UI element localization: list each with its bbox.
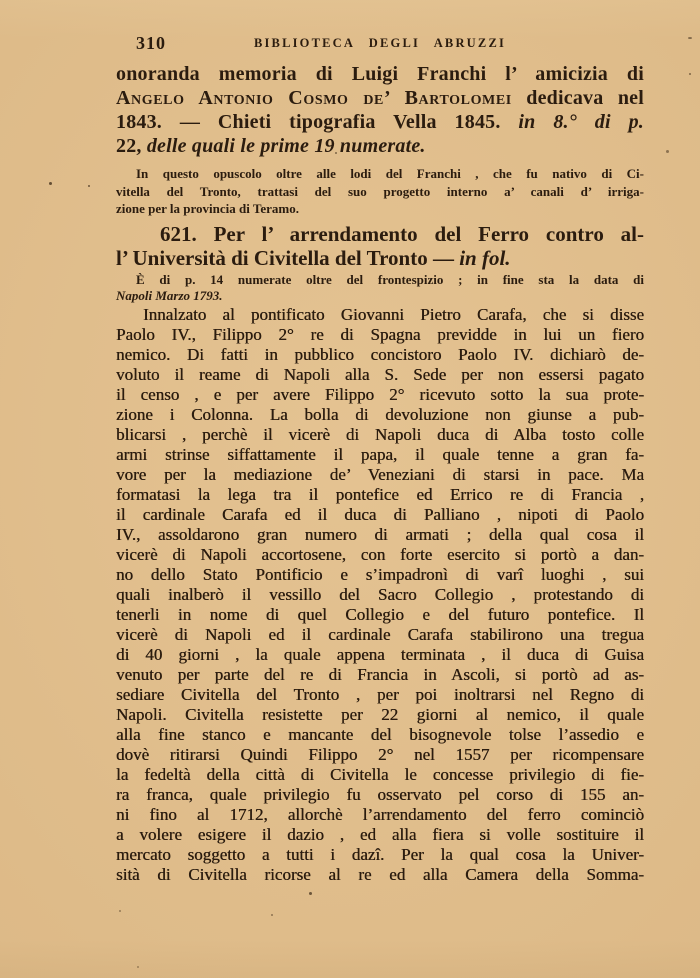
text-column: onoranda memoria di Luigi Franchi l’ ami… — [116, 62, 644, 885]
text-line: voluto il reame di Napoli alla S. Sede p… — [116, 365, 644, 385]
text-line: a volere esigere il dazio , ed alla fier… — [116, 825, 644, 845]
text-line: Napoli. Civitella resistette per 22 gior… — [116, 705, 644, 725]
text-line: l’ Università di Civitella del Tronto — … — [116, 246, 644, 270]
text-line: la fedeltà della città di Civitella le c… — [116, 765, 644, 785]
text-line: blicarsi , perchè il vicerè di Napoli du… — [116, 425, 644, 445]
ink-speck — [666, 150, 669, 153]
text-line: di 40 giorni , la quale appena terminata… — [116, 645, 644, 665]
entry-620-note: In questo opuscolo oltre alle lodi del F… — [116, 165, 644, 218]
text-line: vicerè di Napoli accortosene, con forte … — [116, 545, 644, 565]
text-line: Angelo Antonio Cosmo de’ Bartolomei dedi… — [116, 86, 644, 110]
ink-speck — [271, 914, 273, 916]
text-line: sità di Civitella ricorse al re ed alla … — [116, 865, 644, 885]
text-line: 22, delle quali le prime 19 numerate. — [116, 134, 644, 158]
running-header: 310 BIBLIOTECA DEGLI ABRUZZI — [116, 33, 644, 53]
text-line: 621. Per l’ arrendamento del Ferro contr… — [116, 222, 644, 246]
text-line: zione per la provincia di Teramo. — [116, 200, 644, 218]
book-page-scan: 310 BIBLIOTECA DEGLI ABRUZZI onoranda me… — [0, 0, 700, 978]
ink-speck — [88, 185, 90, 187]
text-line: nemico. Di fatti in pubblico concistoro … — [116, 345, 644, 365]
text-line: dovè ritirarsi Quindi Filippo 2° nel 155… — [116, 745, 644, 765]
text-line: In questo opuscolo oltre alle lodi del F… — [116, 165, 644, 183]
text-line: vicerè di Napoli ed il cardinale Carafa … — [116, 625, 644, 645]
text-line: onoranda memoria di Luigi Franchi l’ ami… — [116, 62, 644, 86]
text-line: IV., assoldarono gran numero di armati ;… — [116, 525, 644, 545]
text-line: tenerli in nome di quel Collegio e del f… — [116, 605, 644, 625]
entry-621-note: È di p. 14 numerate oltre del frontespiz… — [116, 272, 644, 305]
text-line: mercato soggetto a tutti i dazî. Per la … — [116, 845, 644, 865]
entry-621-body: Innalzato al pontificato Giovanni Pietro… — [116, 305, 644, 885]
entry-620-continuation: onoranda memoria di Luigi Franchi l’ ami… — [116, 62, 644, 158]
text-line: il censo , e per avere Filippo 2° ricevu… — [116, 385, 644, 405]
text-line: Paolo IV., Filippo 2° re di Spagna previ… — [116, 325, 644, 345]
ink-speck — [137, 966, 139, 968]
running-title: BIBLIOTECA DEGLI ABRUZZI — [116, 36, 644, 51]
text-line: sediare Civitella del Tronto , per poi i… — [116, 685, 644, 705]
text-line: 1843. — Chieti tipografia Vella 1845. in… — [116, 110, 644, 134]
ink-speck — [688, 37, 692, 39]
text-line: quali inalberò il vessillo del Sacro Col… — [116, 585, 644, 605]
text-line: zione i Colonna. La bolla di devoluzione… — [116, 405, 644, 425]
ink-speck — [689, 73, 691, 75]
text-line: alla fine stanco e mancante del bisognev… — [116, 725, 644, 745]
text-line: ra franca, quale privilegio fu osservato… — [116, 785, 644, 805]
ink-speck — [49, 182, 52, 185]
text-line: no dello Stato Pontificio e s’impadronì … — [116, 565, 644, 585]
text-line: Napoli Marzo 1793. — [116, 288, 644, 305]
entry-621-heading: 621. Per l’ arrendamento del Ferro contr… — [116, 222, 644, 270]
text-line: vore per la mediazione de’ Veneziani di … — [116, 465, 644, 485]
ink-speck — [119, 910, 121, 912]
ink-speck — [335, 152, 337, 154]
text-line: vitella del Tronto, trattasi del suo pro… — [116, 183, 644, 201]
text-line: È di p. 14 numerate oltre del frontespiz… — [116, 272, 644, 289]
text-line: venuto per parte del re di Francia in As… — [116, 665, 644, 685]
ink-speck — [309, 892, 312, 895]
text-line: ni fino al 1712, allorchè l’arrendamento… — [116, 805, 644, 825]
text-line: Innalzato al pontificato Giovanni Pietro… — [116, 305, 644, 325]
text-line: armi strinse siffattamente il papa, il q… — [116, 445, 644, 465]
text-line: il cardinale Carafa ed il duca di Pallia… — [116, 505, 644, 525]
text-line: formatasi la lega tra il pontefice ed Er… — [116, 485, 644, 505]
